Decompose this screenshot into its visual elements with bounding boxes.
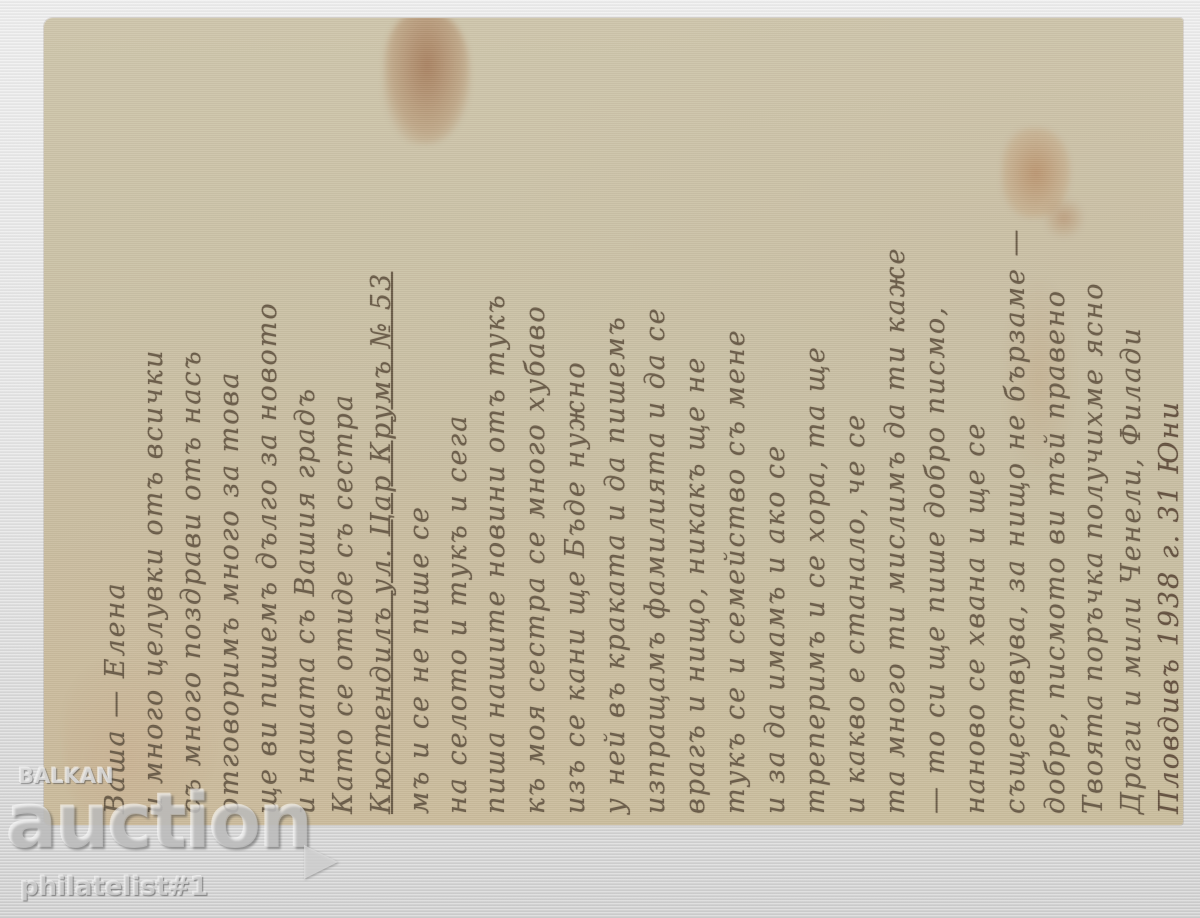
handwriting-line: отговоримъ много за това [210, 24, 250, 814]
postcard: Пловдивъ 1938 г. 31 Юни Драги и мили Чен… [44, 18, 1183, 825]
handwriting-line: мъ и се не пише се [400, 24, 440, 814]
handwriting-line: и нашата съ Вашия градъ [286, 24, 326, 814]
handwriting-line: у ней въ краката и да пишемъ [596, 24, 636, 814]
handwriting-line: треперимъ и се хора, та ще [796, 24, 836, 814]
play-arrow-icon [304, 845, 338, 879]
handwriting-line: и за да имамъ и ако се [756, 24, 796, 814]
handwriting-line: тукъ се и семейство съ мене [716, 24, 756, 814]
handwriting-line: наново се хвана и ще се [956, 24, 996, 814]
handwriting-line: на селото и тукъ и сега [438, 24, 478, 814]
handwriting-line: пиша нашите новини отъ тукъ [476, 24, 516, 814]
handwriting-line-address: Кюстендилъ ул. Цар Крумъ № 53 [362, 24, 402, 814]
handwriting-line: Драги и мили Ченели, Филади [1112, 24, 1152, 814]
handwriting-line: ще ви пишемъ дълго за новото [248, 24, 288, 814]
handwriting-line: — то си ще пише добро писмо, [916, 24, 956, 814]
handwriting-line: Твоята поръчка получихме ясно [1074, 24, 1114, 814]
handwriting-line: Пловдивъ 1938 г. 31 Юни [1150, 24, 1183, 814]
handwriting-line: съ много поздрави отъ насъ [172, 24, 212, 814]
handwriting-line: Ваша — Елена [96, 24, 136, 814]
handwriting-line: врагъ и нищо, никакъ ще не [676, 24, 716, 814]
watermark-philatelist: philatelist#1 [20, 872, 208, 902]
handwriting-line: и какво е станало, че се [836, 24, 876, 814]
handwriting-line: изпращамъ фамилията и да се [636, 24, 676, 814]
handwriting-line: и много целувки отъ всички [134, 24, 174, 814]
handwriting-line: добре, писмото ви тъй правено [1036, 24, 1076, 814]
handwriting-line: изъ се кани ще Бъде нужно [556, 24, 596, 814]
handwriting-line: та много ти мислимъ да ти каже [876, 24, 916, 814]
handwriting-line: Като се отиде съ сестра [324, 24, 364, 814]
handwriting-line: съществува, за нищо не бързаме — [996, 24, 1036, 814]
handwriting-line: къ моя сестра се много хубаво [516, 24, 556, 814]
